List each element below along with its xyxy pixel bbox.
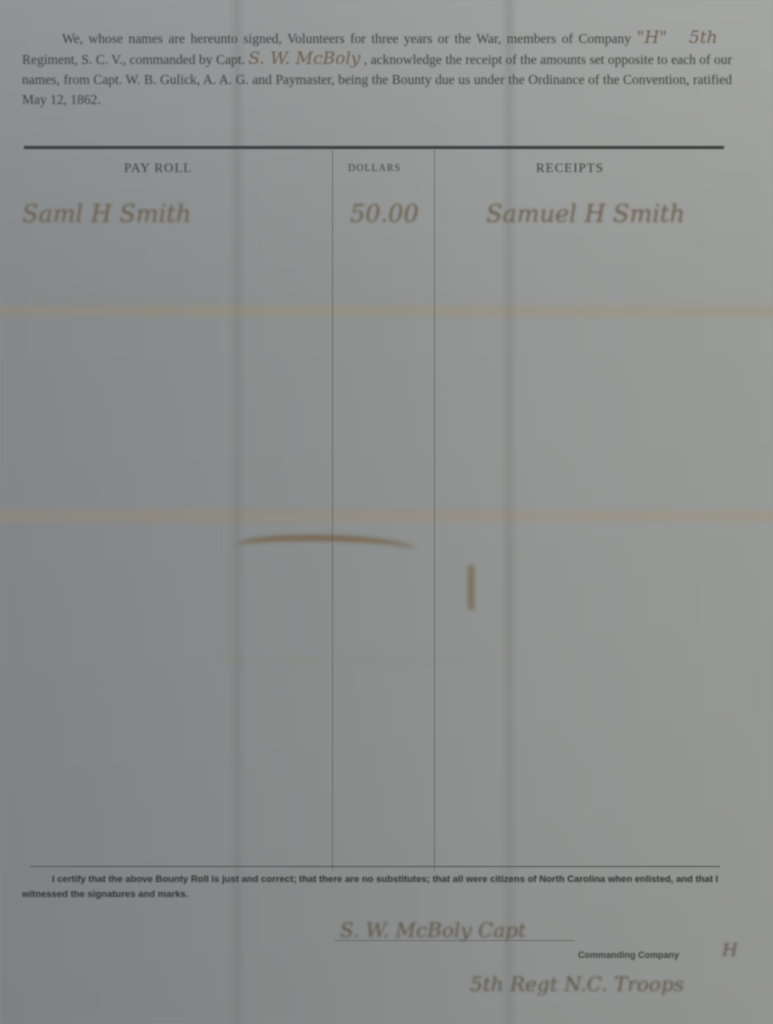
signature-line <box>335 940 575 941</box>
captain-name: S. W. McBoly <box>248 49 360 69</box>
dollars-amount: 50.00 <box>350 200 419 228</box>
commanding-label: Commanding Company <box>578 950 679 960</box>
company-letter: "H" <box>637 28 667 48</box>
receipt-signature: Samuel H Smith <box>486 200 685 228</box>
intro-paragraph: We, whose names are hereunto signed, Vol… <box>22 28 732 110</box>
commander-signature: S. W. McBoly Capt <box>340 918 526 942</box>
certification-rule <box>30 866 720 867</box>
intro-text: We, whose names are hereunto signed, Vol… <box>62 31 631 46</box>
fold-crease <box>0 300 773 322</box>
column-header-pay-roll: PAY ROLL <box>124 160 192 176</box>
regiment-number: 5th <box>689 28 718 48</box>
certification-text: I certify that the above Bounty Roll is … <box>22 872 722 902</box>
regiment-text: Regiment, S. C. V., commanded by Capt. <box>22 52 245 67</box>
header-rule <box>24 146 724 149</box>
stain-mark <box>225 510 507 662</box>
column-header-receipts: RECEIPTS <box>536 160 604 176</box>
regiment-signature: 5th Regt N.C. Troops <box>470 972 684 996</box>
company-letter-signature: H <box>722 940 738 961</box>
certification-paragraph: I certify that the above Bounty Roll is … <box>22 872 722 902</box>
pay-roll-name: Saml H Smith <box>22 200 191 228</box>
stain-mark <box>468 565 474 610</box>
column-header-dollars: DOLLARS <box>348 163 401 174</box>
